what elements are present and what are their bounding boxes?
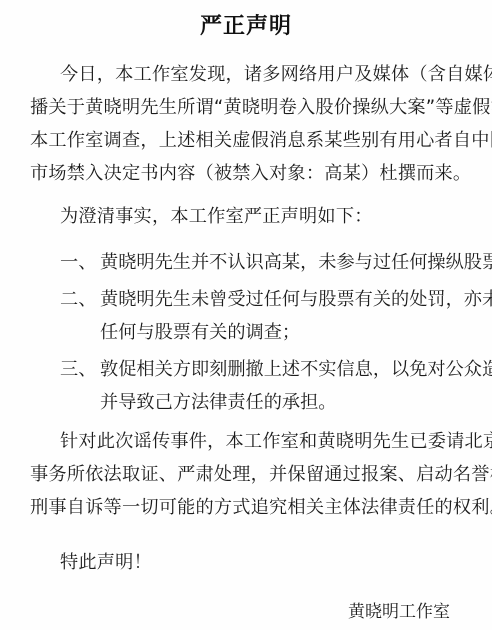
item-text: 黄晓明先生并不认识高某，未参与过任何操纵股票的行为； xyxy=(100,246,480,279)
action-line-2: 事务所依法取证、严肃处理，并保留通过报案、启动名誉权诉讼乃至 xyxy=(30,458,475,491)
item-3-line-2: 并导致己方法律责任的承担。 xyxy=(100,386,480,419)
item-text: 敦促相关方即刻删撤上述不实信息，以免对公众造成误导 并导致己方法律责任的承担。 xyxy=(100,353,480,419)
item-2-line-2: 任何与股票有关的调查； xyxy=(100,316,480,349)
item-number: 三、 xyxy=(60,353,100,386)
declaration-item-3: 三、 敦促相关方即刻删撤上述不实信息，以免对公众造成误导 并导致己方法律责任的承… xyxy=(60,353,475,419)
action-line-3: 刑事自诉等一切可能的方式追究相关主体法律责任的权利。 xyxy=(30,491,475,524)
intro-line-2: 播关于黄晓明先生所谓“黄晓明卷入股价操纵大案”等虚假消息，经 xyxy=(30,91,475,124)
item-1-line-1: 黄晓明先生并不认识高某，未参与过任何操纵股票的行为； xyxy=(100,246,480,279)
item-text: 黄晓明先生未曾受过任何与股票有关的处罚，亦未介入过 任何与股票有关的调查； xyxy=(100,283,480,349)
intro-paragraph: 今日，本工作室发现，诸多网络用户及媒体（含自媒体）公开传 播关于黄晓明先生所谓“… xyxy=(30,58,475,190)
action-line-1: 针对此次谣传事件，本工作室和黄晓明先生已委请北京星权律师 xyxy=(30,425,475,458)
document-title: 严正声明 xyxy=(0,9,492,40)
declaration-lead-text: 为澄清事实，本工作室严正声明如下： xyxy=(30,200,475,233)
intro-line-3: 本工作室调查，上述相关虚假消息系某些别有用心者自中国证监会某 xyxy=(30,124,475,157)
closing-statement: 特此声明！ xyxy=(30,546,475,579)
closing-text: 特此声明！ xyxy=(30,546,475,579)
item-3-line-1: 敦促相关方即刻删撤上述不实信息，以免对公众造成误导 xyxy=(100,353,480,386)
item-number: 一、 xyxy=(60,246,100,279)
declaration-item-1: 一、 黄晓明先生并不认识高某，未参与过任何操纵股票的行为； xyxy=(60,246,475,279)
declaration-item-2: 二、 黄晓明先生未曾受过任何与股票有关的处罚，亦未介入过 任何与股票有关的调查； xyxy=(60,283,475,349)
signature: 黄晓明工作室 xyxy=(348,598,450,626)
statement-page: 严正声明 今日，本工作室发现，诸多网络用户及媒体（含自媒体）公开传 播关于黄晓明… xyxy=(0,0,492,630)
item-number: 二、 xyxy=(60,283,100,316)
action-paragraph: 针对此次谣传事件，本工作室和黄晓明先生已委请北京星权律师 事务所依法取证、严肃处… xyxy=(30,425,475,524)
intro-line-1: 今日，本工作室发现，诸多网络用户及媒体（含自媒体）公开传 xyxy=(30,58,475,91)
intro-line-4: 市场禁入决定书内容（被禁入对象：高某）杜撰而来。 xyxy=(30,157,475,190)
declaration-lead: 为澄清事实，本工作室严正声明如下： xyxy=(30,200,475,233)
item-2-line-1: 黄晓明先生未曾受过任何与股票有关的处罚，亦未介入过 xyxy=(100,283,480,316)
